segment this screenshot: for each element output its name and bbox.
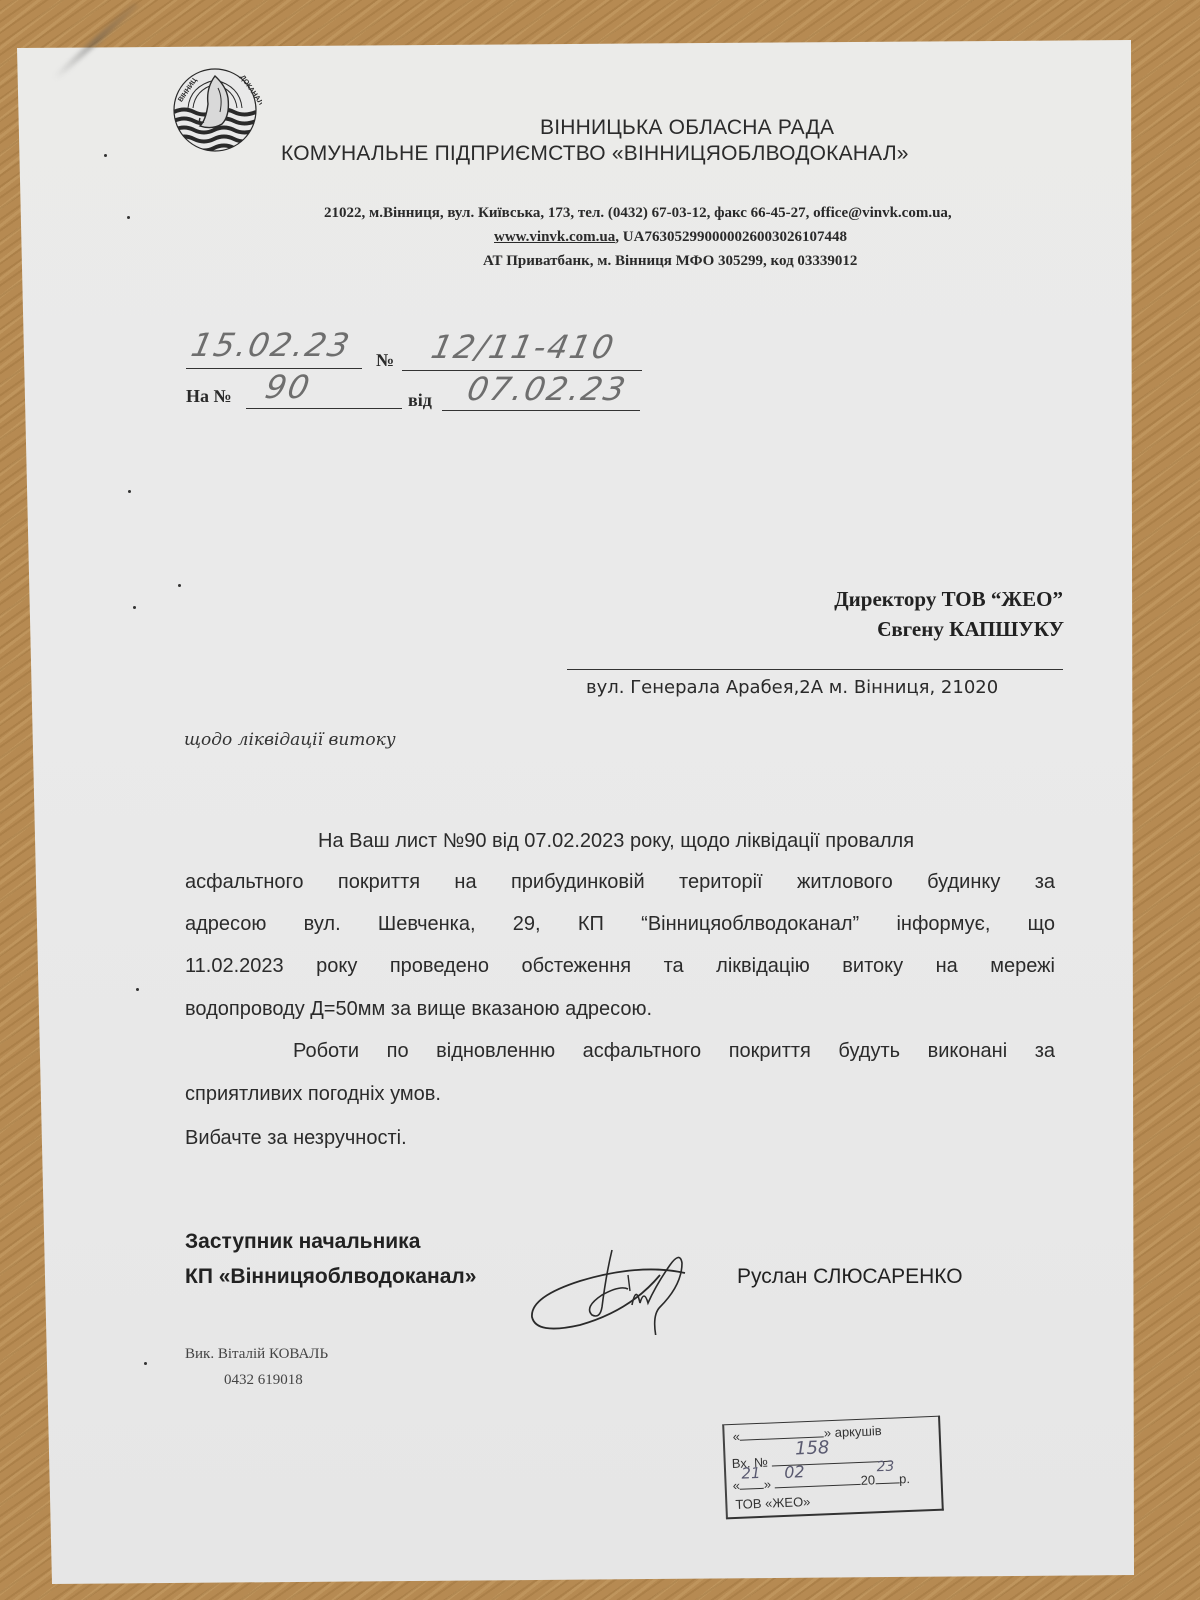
contact-line: 21022, м.Вінниця, вул. Київська, 173, те… — [324, 205, 952, 222]
speck — [144, 1362, 147, 1365]
incoming-year: 23 — [876, 1459, 894, 1476]
company-logo-icon: ВІННИЦ ДОКАНАЛ — [168, 68, 262, 152]
body-line: асфальтного покриття на прибудинковій те… — [185, 871, 1055, 894]
speck — [127, 216, 130, 219]
incoming-month: 02 — [784, 1462, 805, 1482]
recipient-address: вул. Генерала Арабея,2А м. Вінниця, 2102… — [586, 677, 998, 698]
outgoing-number: 12/11-410 — [428, 328, 619, 366]
signer-name: Руслан СЛЮСАРЕНКО — [737, 1265, 963, 1289]
recipient-name: Євгену КАПШУКУ — [877, 617, 1064, 642]
handwritten-signature-icon — [520, 1245, 710, 1335]
speck — [128, 490, 131, 493]
incoming-day: 21 — [741, 1464, 761, 1483]
contact-line-2: www.vinvk.com.ua, UA76305299000002600302… — [494, 229, 847, 246]
underline — [246, 408, 402, 409]
incoming-registration-stamp: «» аркушів Вх. № 158 «21» 022023р. ТОВ «… — [722, 1416, 944, 1520]
enterprise-name: КОМУНАЛЬНЕ ПІДПРИЄМСТВО «ВІННИЦЯОБЛВОДОК… — [281, 142, 909, 166]
closing-line: Вибачте за незручності. — [185, 1127, 407, 1150]
outgoing-date: 15.02.23 — [188, 326, 355, 364]
bank-details: АТ Приватбанк, м. Вінниця МФО 305299, ко… — [483, 253, 857, 270]
stamp-org: ТОВ «ЖЕО» — [735, 1494, 811, 1512]
website-link[interactable]: www.vinvk.com.ua — [494, 229, 615, 245]
number-label: № — [376, 350, 394, 371]
signer-org: КП «Вінницяоблводоканал» — [185, 1265, 476, 1289]
address-rule — [567, 669, 1063, 670]
in-reply-number: 90 — [262, 368, 315, 406]
body-line: На Ваш лист №90 від 07.02.2023 року, щод… — [318, 830, 1054, 853]
in-reply-label: На № — [186, 386, 232, 407]
body-line: адресою вул. Шевченка, 29, КП “Вінницяоб… — [185, 913, 1055, 936]
body-line: Роботи по відновленню асфальтного покрит… — [293, 1040, 1055, 1063]
in-reply-date: 07.02.23 — [464, 370, 631, 408]
body-line: 11.02.2023 року проведено обстеження та … — [185, 955, 1055, 978]
iban: , UA763052990000026003026107448 — [615, 229, 847, 245]
speck — [133, 606, 136, 609]
speck — [104, 154, 107, 157]
body-line: водопроводу Д=50мм за вище вказаною адре… — [185, 998, 652, 1021]
speck — [178, 584, 181, 587]
recipient-position: Директору ТОВ “ЖЕО” — [834, 587, 1063, 612]
underline — [442, 410, 640, 411]
subject-line: щодо ліквідації витоку — [184, 730, 396, 750]
incoming-date-row: «21» 022023р. — [732, 1468, 910, 1493]
executor-phone: 0432 619018 — [224, 1372, 303, 1389]
signer-title: Заступник начальника — [185, 1230, 420, 1254]
speck — [136, 988, 139, 991]
from-label: від — [408, 390, 432, 411]
council-name: ВІННИЦЬКА ОБЛАСНА РАДА — [540, 116, 834, 140]
executor-name: Вик. Віталій КОВАЛЬ — [185, 1346, 328, 1363]
incoming-number: 158 — [795, 1437, 830, 1459]
body-line: сприятливих погодніх умов. — [185, 1083, 441, 1106]
